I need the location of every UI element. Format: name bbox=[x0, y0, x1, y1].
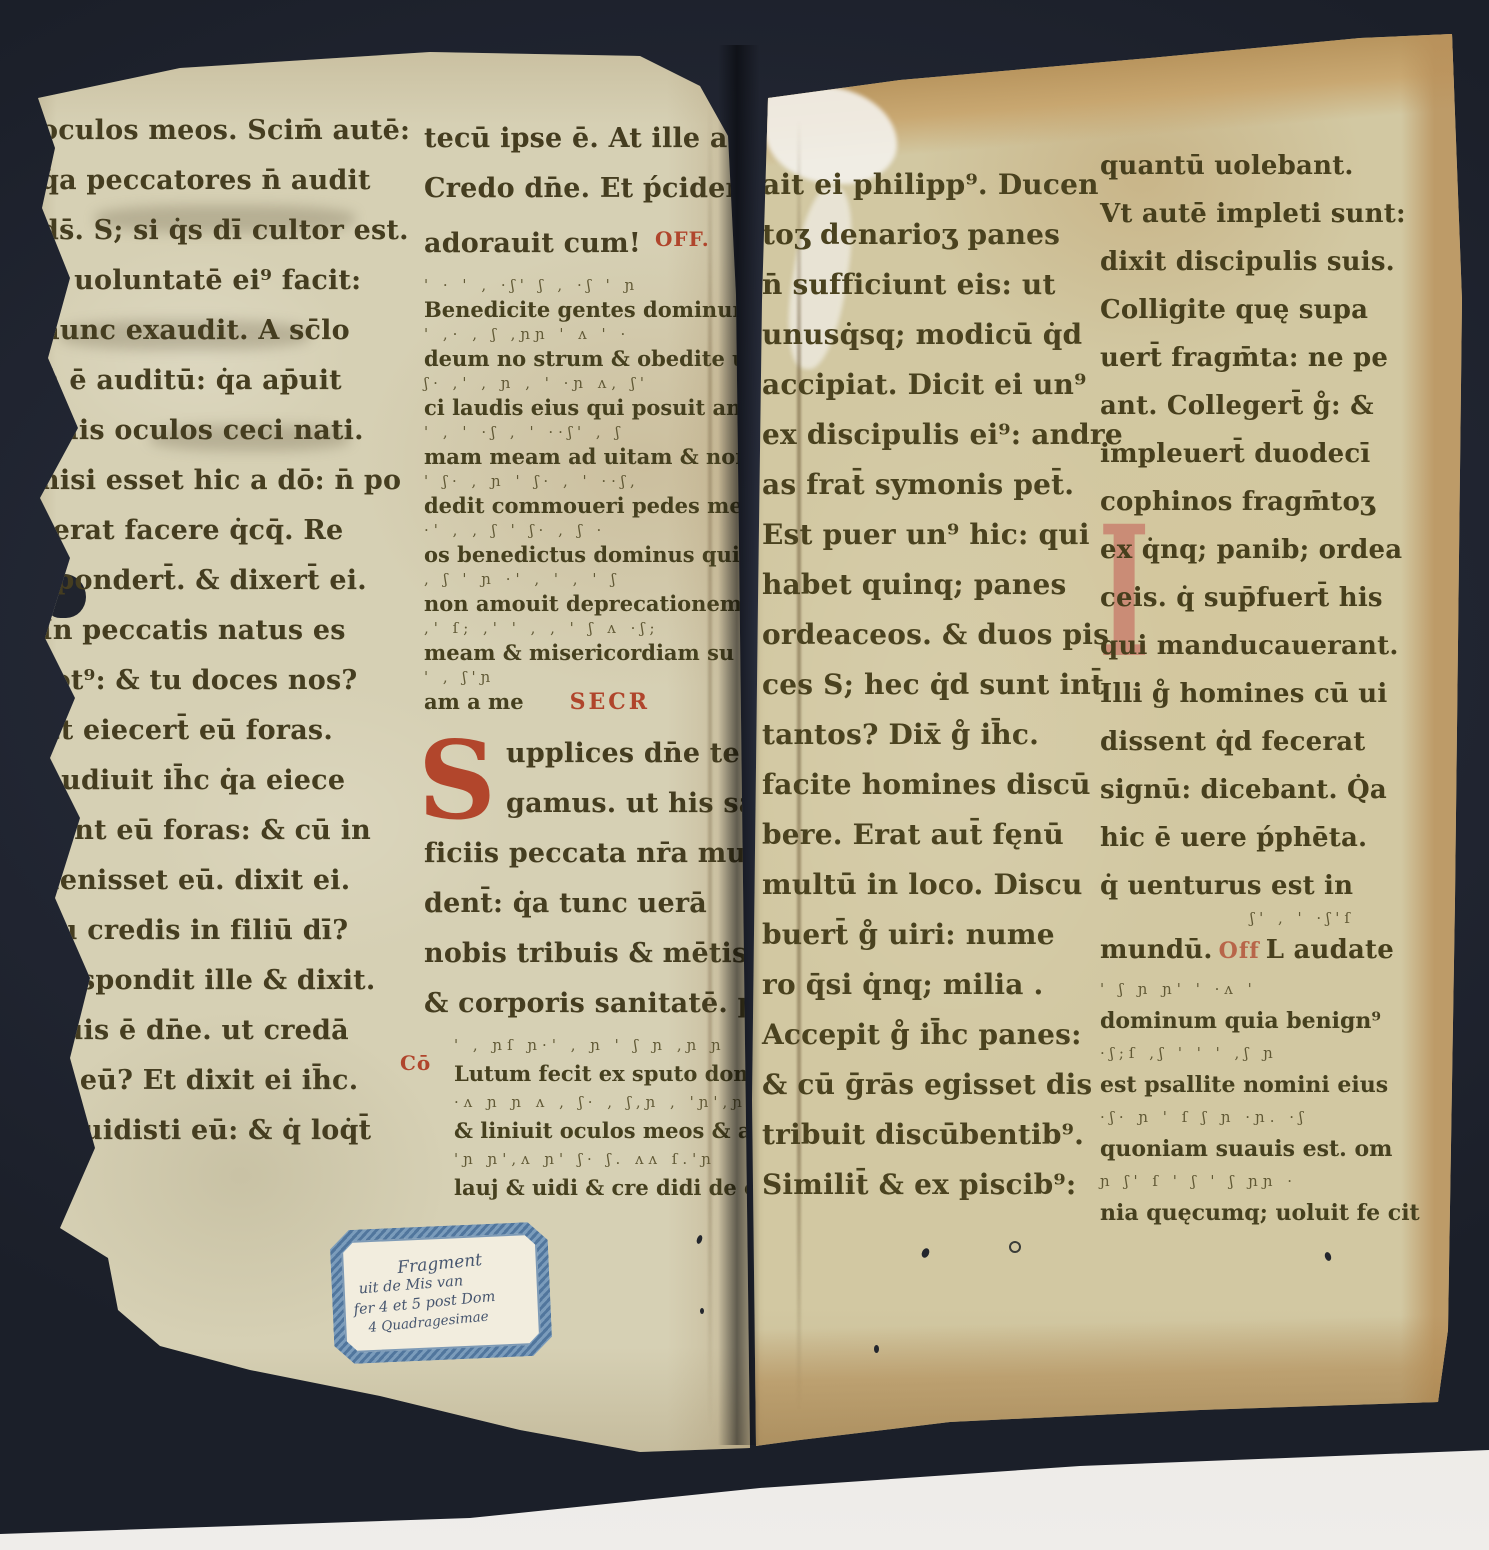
neume-row: ·' , , ʃ ' ʃ· , ʃ · bbox=[424, 522, 764, 538]
manuscript-line: tribuit discūbentib⁹. bbox=[762, 1110, 1123, 1160]
initial-s: S bbox=[418, 735, 496, 827]
manuscript-line: Est puer un⁹ hic: qui bbox=[762, 510, 1123, 560]
chant-text-line: os benedictus dominus qui bbox=[424, 538, 764, 571]
manuscript-line: ficiis peccata nr̄a mun bbox=[424, 829, 764, 879]
chant-text-line: est psallite nomini eius bbox=[1100, 1063, 1460, 1107]
neume-row: ,' ſ; ,' ' , , ' ʃ ʌ ·ʃ; bbox=[424, 620, 764, 636]
turned-edge-bottom bbox=[734, 1314, 1476, 1447]
manuscript-line: n̄ sufficiunt eis: ut bbox=[762, 260, 1123, 310]
manuscript-line: Colligite quę supa bbox=[1100, 286, 1460, 334]
gospel-end-lines: tecū ipse ē. At ille ait.Credo dn̄e. Et … bbox=[424, 114, 764, 214]
text-column-2: tecū ipse ē. At ille ait.Credo dn̄e. Et … bbox=[424, 114, 764, 1206]
chant-text-line: dominum quia benign⁹ bbox=[1100, 999, 1460, 1043]
chant-text-line: am a meSECR bbox=[424, 685, 764, 719]
manuscript-line: In peccatis natus es bbox=[40, 606, 410, 656]
neume-row: ' ,· , ʃ ,ɲɲ ' ʌ ' · bbox=[424, 326, 764, 342]
manuscript-line: n̄ ē auditū: q̇a ap̄uit bbox=[40, 356, 410, 406]
gospel-text: mundū. bbox=[1100, 935, 1213, 965]
manuscript-line: ex q̇nq; panib; ordea bbox=[1100, 526, 1460, 574]
manuscript-line: Illi g̊ homines cū ui bbox=[1100, 670, 1460, 718]
chant-text-line: dedit commoueri pedes me bbox=[424, 489, 764, 522]
manuscript-line: nobis tribuis & mētis bbox=[424, 929, 764, 979]
neume-row: ·ʌ ɲ ɲ ʌ , ʃ· , ʃ,ɲ , 'ɲ',ɲ bbox=[454, 1092, 764, 1112]
ink-speck bbox=[65, 1251, 73, 1264]
manuscript-line: Vt autē impleti sunt: bbox=[1100, 190, 1460, 238]
secreta-rubric-marker: SECR bbox=[570, 689, 650, 715]
manuscript-line: buert̄ g̊ uiri: nume bbox=[762, 910, 1123, 960]
manuscript-line: Similit̄ & ex piscib⁹: bbox=[762, 1160, 1123, 1210]
manuscript-line: ex discipulis ei⁹: andre bbox=[762, 410, 1123, 460]
manuscript-line: quis oculos ceci nati. bbox=[40, 406, 410, 456]
manuscript-line: runt eū foras: & cū in bbox=[40, 806, 410, 856]
neume-row: ' , ' ·ʃ , ' ··ʃ' , ʃ bbox=[424, 424, 764, 440]
gospel-text: adorauit cum! bbox=[424, 228, 641, 259]
archival-label: Fragmentuit de Mis vanfer 4 et 5 post Do… bbox=[329, 1221, 553, 1364]
chant-text-line: Benedicite gentes dominum bbox=[424, 293, 764, 326]
ink-speck bbox=[1324, 1251, 1333, 1262]
manuscript-line: ces S; hec q̇d sunt int̄ bbox=[762, 660, 1123, 710]
neume-row: ' ʃ· , ɲ ' ʃ· , ' ··ʃ, bbox=[424, 473, 764, 489]
neume-row: ' , ʃ'ɲ bbox=[424, 669, 764, 685]
manuscript-line: Tu credis in filiū dī? bbox=[40, 906, 410, 956]
manuscript-line: bere. Erat aut̄ fęnū bbox=[762, 810, 1123, 860]
manuscript-line: as frat̄ symonis pet̄. bbox=[762, 460, 1123, 510]
manuscript-line: q̇a peccatores n̄ audit bbox=[40, 156, 410, 206]
manuscript-line: toʒ denarioʒ panes bbox=[762, 210, 1123, 260]
manuscript-line: Et eiecert̄ eū foras. bbox=[40, 706, 410, 756]
offertory-rubric-marker: OFF. bbox=[655, 227, 710, 251]
manuscript-line: uenisset eū. dixit ei. bbox=[40, 856, 410, 906]
chant-text-line: Lutum fecit ex sputo dominus bbox=[454, 1055, 764, 1092]
text-column-1: oculos meos. Scim̄ autē:q̇a peccatores n… bbox=[40, 106, 410, 1156]
manuscript-line: ro q̄si q̇nq; milia . bbox=[762, 960, 1123, 1010]
chant-text-line: quoniam suauis est. om bbox=[1100, 1127, 1460, 1171]
laudate-chant-block: ' ʃ ɲ ɲ' ' ·ʌ 'dominum quia benign⁹·ʃ;ſ … bbox=[1100, 979, 1460, 1235]
ink-speck bbox=[700, 1308, 704, 1314]
manuscript-line: ant. Collegert̄ g̊: & bbox=[1100, 382, 1460, 430]
manuscript-line: oculos meos. Scim̄ autē: bbox=[40, 106, 410, 156]
ink-speck bbox=[1009, 1241, 1021, 1253]
manuscript-line: dissent q̇d fecerat bbox=[1100, 718, 1460, 766]
manuscript-line: & uoluntatē ei⁹ facit: bbox=[40, 256, 410, 306]
ink-speck bbox=[696, 1234, 704, 1244]
manuscript-line: Respondit ille & dixit. bbox=[40, 956, 410, 1006]
archival-label-face: Fragmentuit de Mis vanfer 4 et 5 post Do… bbox=[341, 1233, 542, 1353]
neume-row: ' ʃ ɲ ɲ' ' ·ʌ ' bbox=[1100, 979, 1460, 999]
communio-chant-block: ' , ɲſ ɲ·' , ɲ ' ʃ ɲ ,ɲ ɲLutum fecit ex … bbox=[454, 1035, 764, 1206]
manuscript-line: ceis. q̇ sup̄fuert̄ his bbox=[1100, 574, 1460, 622]
manuscript-line: & cū ḡrās egisset dis bbox=[762, 1060, 1123, 1110]
chant-text-line: mam meam ad uitam & non bbox=[424, 440, 764, 473]
offertory-rubric-marker: Off bbox=[1219, 938, 1260, 964]
mundum-laudate-line: mundū.OffL audate bbox=[1100, 926, 1460, 975]
manuscript-line: hunc exaudit. A sc̄lo bbox=[40, 306, 410, 356]
neume-row: ' , ɲſ ɲ·' , ɲ ' ʃ ɲ ,ɲ ɲ bbox=[454, 1035, 764, 1055]
manuscript-line: ds̄. S; si q̇s dī cultor est. bbox=[40, 206, 410, 256]
manuscript-line: habet quinq; panes bbox=[762, 560, 1123, 610]
chant-text-line: nia quęcumq; uoluit fe cit bbox=[1100, 1191, 1460, 1235]
manuscript-line: multū in loco. Discu bbox=[762, 860, 1123, 910]
neume-row: ·ʃ· ɲ ' ſ ʃ ɲ ·ɲ. ·ʃ bbox=[1100, 1107, 1460, 1127]
manuscript-line: tot⁹: & tu doces nos? bbox=[40, 656, 410, 706]
manuscript-line: & corporis sanitatē. ṗ bbox=[424, 979, 764, 1029]
manuscript-line: signū: dicebant. Q̇a bbox=[1100, 766, 1460, 814]
secreta-block: S upplices dn̄e te rogamus. ut his sacri… bbox=[424, 729, 764, 1029]
manuscript-line: tecū ipse ē. At ille ait. bbox=[424, 114, 764, 164]
chant-text: am a me bbox=[424, 689, 524, 714]
manuscript-line: Quis ē dn̄e. ut credā bbox=[40, 1006, 410, 1056]
neume-row: , ʃ ' ɲ ·' , ' , ' ʃ bbox=[424, 571, 764, 587]
ink-speck bbox=[920, 1247, 931, 1259]
neume-row: ʃ' , ' ·ʃ'ſ bbox=[1100, 910, 1460, 926]
manuscript-line: spondert̄. & dixert̄ ei. bbox=[40, 556, 410, 606]
manuscript-line: ait ei philipp⁹. Ducen bbox=[762, 160, 1123, 210]
ink-speck bbox=[64, 1298, 70, 1305]
manuscript-line: q̇ uenturus est in bbox=[1100, 862, 1460, 910]
manuscript-line: cophinos fragm̄toʒ bbox=[1100, 478, 1460, 526]
manuscript-line: dent̄: q̇a tunc uerā bbox=[424, 879, 764, 929]
manuscript-line: Et uidisti eū: & q̇ loq̇t̄ bbox=[40, 1106, 410, 1156]
manuscript-line: Audiuit ih̄c q̇a eiece bbox=[40, 756, 410, 806]
right-page-recto: ait ei philipp⁹. Ducentoʒ denarioʒ panes… bbox=[735, 20, 1475, 1450]
manuscript-line: unusq̇sq; modicū q̇d bbox=[762, 310, 1123, 360]
manuscript-line: Accepit g̊ ih̄c panes: bbox=[762, 1010, 1123, 1060]
chant-text-line: deum no strum & obedite uo bbox=[424, 342, 764, 375]
ink-speck bbox=[874, 1345, 879, 1353]
neume-row: ' · ' , ·ʃ' ʃ , ·ʃ ' ɲ bbox=[424, 277, 764, 293]
manuscript-line: facite homines discū bbox=[762, 760, 1123, 810]
communio-block: Cō ' , ɲſ ɲ·' , ɲ ' ʃ ɲ ,ɲ ɲLutum fecit … bbox=[424, 1035, 764, 1206]
neume-row: ·ʃ;ſ ,ʃ ' ' ' ,ʃ ɲ bbox=[1100, 1043, 1460, 1063]
manuscript-line: terat facere q̇cq̄. Re bbox=[40, 506, 410, 556]
neume-row: 'ɲ ɲ',ʌ ɲ' ʃ· ʃ. ʌʌ ſ.'ɲ bbox=[454, 1149, 764, 1169]
manuscript-line: uert̄ fragm̄ta: ne pe bbox=[1100, 334, 1460, 382]
neume-row: ɲ ʃ' ſ ' ʃ ' ʃ ɲɲ · bbox=[1100, 1171, 1460, 1191]
chant-text-line: lauj & uidi & cre didi de o . bbox=[454, 1169, 764, 1206]
offertory-chant-block: ' · ' , ·ʃ' ʃ , ·ʃ ' ɲBenedicite gentes … bbox=[424, 277, 764, 669]
text-column-4: quantū uolebant.Vt autē impleti sunt:dix… bbox=[1100, 142, 1460, 1235]
manuscript-line: qui manducauerant. bbox=[1100, 622, 1460, 670]
neume-row: ʃ· ,' , ɲ , ' ·ɲ ʌ, ʃ' bbox=[424, 375, 764, 391]
chant-text-line: non amouit deprecationem bbox=[424, 587, 764, 620]
manuscript-line: accipiat. Dicit ei un⁹ bbox=[762, 360, 1123, 410]
manuscript-line: in eū? Et dixit ei ih̄c. bbox=[40, 1056, 410, 1106]
manuscript-line: quantū uolebant. bbox=[1100, 142, 1460, 190]
manuscript-line: dixit discipulis suis. bbox=[1100, 238, 1460, 286]
gospel-lines: quantū uolebant.Vt autē impleti sunt:dix… bbox=[1100, 142, 1460, 910]
manuscript-line: ordeaceos. & duos pis bbox=[762, 610, 1123, 660]
manuscript-photo: oculos meos. Scim̄ autē:q̇a peccatores n… bbox=[0, 0, 1489, 1550]
chant-text-line: ci laudis eius qui posuit ani bbox=[424, 391, 764, 424]
laudate-incipit: L audate bbox=[1266, 935, 1394, 965]
communio-rubric-marker: Cō bbox=[400, 1051, 431, 1075]
text-column-3: ait ei philipp⁹. Ducentoʒ denarioʒ panes… bbox=[762, 160, 1123, 1210]
manuscript-line: hic ē uere ṕphēta. bbox=[1100, 814, 1460, 862]
manuscript-line: tantos? Dix̄ g̊ ih̄c. bbox=[762, 710, 1123, 760]
manuscript-line: impleuert̄ duodecī bbox=[1100, 430, 1460, 478]
manuscript-line: Credo dn̄e. Et ṕcidens bbox=[424, 164, 764, 214]
gospel-last-line: adorauit cum!OFF. bbox=[424, 214, 764, 269]
manuscript-line: nisi esset hic a dō: n̄ po bbox=[40, 456, 410, 506]
chant-text-line: meam & misericordiam su bbox=[424, 636, 764, 669]
chant-text-line: & liniuit oculos meos & abii & bbox=[454, 1112, 764, 1149]
